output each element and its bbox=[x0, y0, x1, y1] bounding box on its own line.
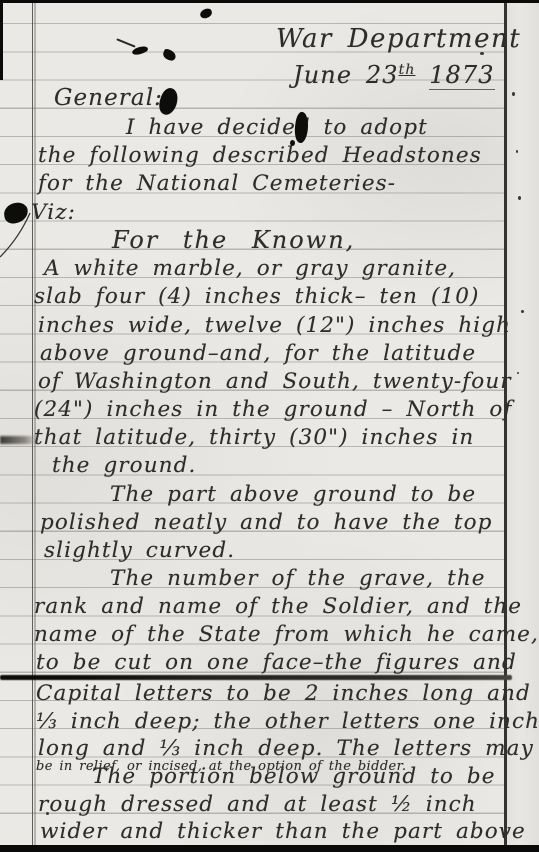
date-ordinal: th bbox=[399, 62, 416, 78]
manuscript-line: The part above ground to be bbox=[110, 482, 476, 508]
scanned-letter-page: War Department June 23th 1873 General: I… bbox=[0, 0, 539, 852]
manuscript-line: slightly curved. bbox=[44, 538, 235, 564]
fold-smudge-line bbox=[0, 675, 512, 680]
manuscript-line: rough dressed and at least ½ inch bbox=[38, 792, 477, 818]
manuscript-line: ⅓ inch deep; the other letters one inch bbox=[36, 709, 539, 735]
scan-border-top bbox=[0, 0, 539, 3]
scan-border-left bbox=[0, 0, 3, 80]
ink-speck bbox=[46, 812, 49, 815]
manuscript-line: inches wide, twelve (12") inches high bbox=[38, 313, 511, 339]
ink-blot bbox=[162, 48, 178, 62]
scan-border-bottom bbox=[0, 845, 539, 852]
date-day: June 23 bbox=[293, 61, 399, 89]
stray-pen-stroke bbox=[0, 205, 40, 265]
manuscript-line: that latitude, thirty (30") inches in bbox=[34, 425, 474, 451]
manuscript-line: polished neatly and to have the top bbox=[40, 510, 493, 536]
manuscript-line: The portion below ground to be bbox=[92, 764, 496, 790]
ink-blot bbox=[199, 8, 213, 20]
manuscript-line: slab four (4) inches thick– ten (10) bbox=[34, 284, 479, 310]
ink-speck bbox=[521, 310, 524, 313]
ink-blot-tail bbox=[116, 38, 135, 47]
ink-speck bbox=[480, 52, 484, 55]
manuscript-line: to be cut on one face–the figures and bbox=[36, 650, 517, 676]
ink-speck bbox=[512, 92, 515, 96]
manuscript-line: name of the State from which he came, bbox=[34, 622, 539, 648]
ink-speck bbox=[517, 372, 519, 374]
manuscript-line: wider and thicker than the part above bbox=[40, 819, 526, 845]
letterhead-office: War Department bbox=[276, 26, 521, 52]
ink-speck bbox=[516, 150, 518, 153]
date-year: 1873 bbox=[429, 61, 494, 90]
letterhead-date: June 23th 1873 bbox=[293, 57, 495, 88]
manuscript-line: above ground–and, for the latitude bbox=[40, 341, 476, 367]
salutation: General: bbox=[54, 85, 163, 111]
margin-smudge bbox=[0, 436, 38, 444]
ink-speck bbox=[518, 196, 521, 200]
manuscript-line: for the National Cemeteries- bbox=[38, 171, 396, 197]
manuscript-line: I have decided to adopt bbox=[126, 115, 428, 141]
manuscript-line: (24") inches in the ground – North of bbox=[34, 397, 512, 423]
manuscript-line: the following described Headstones bbox=[38, 143, 482, 169]
section-heading-for-the-known: For the Known, bbox=[112, 227, 355, 253]
ink-speck bbox=[290, 140, 295, 146]
manuscript-line: Capital letters to be 2 inches long and bbox=[36, 681, 531, 707]
manuscript-line: of Washington and South, twenty-four bbox=[38, 369, 512, 395]
manuscript-line: rank and name of the Soldier, and the bbox=[34, 594, 522, 620]
manuscript-line: A white marble, or gray granite, bbox=[44, 256, 456, 282]
manuscript-line: the ground. bbox=[52, 453, 196, 479]
manuscript-line: The number of the grave, the bbox=[110, 566, 486, 592]
